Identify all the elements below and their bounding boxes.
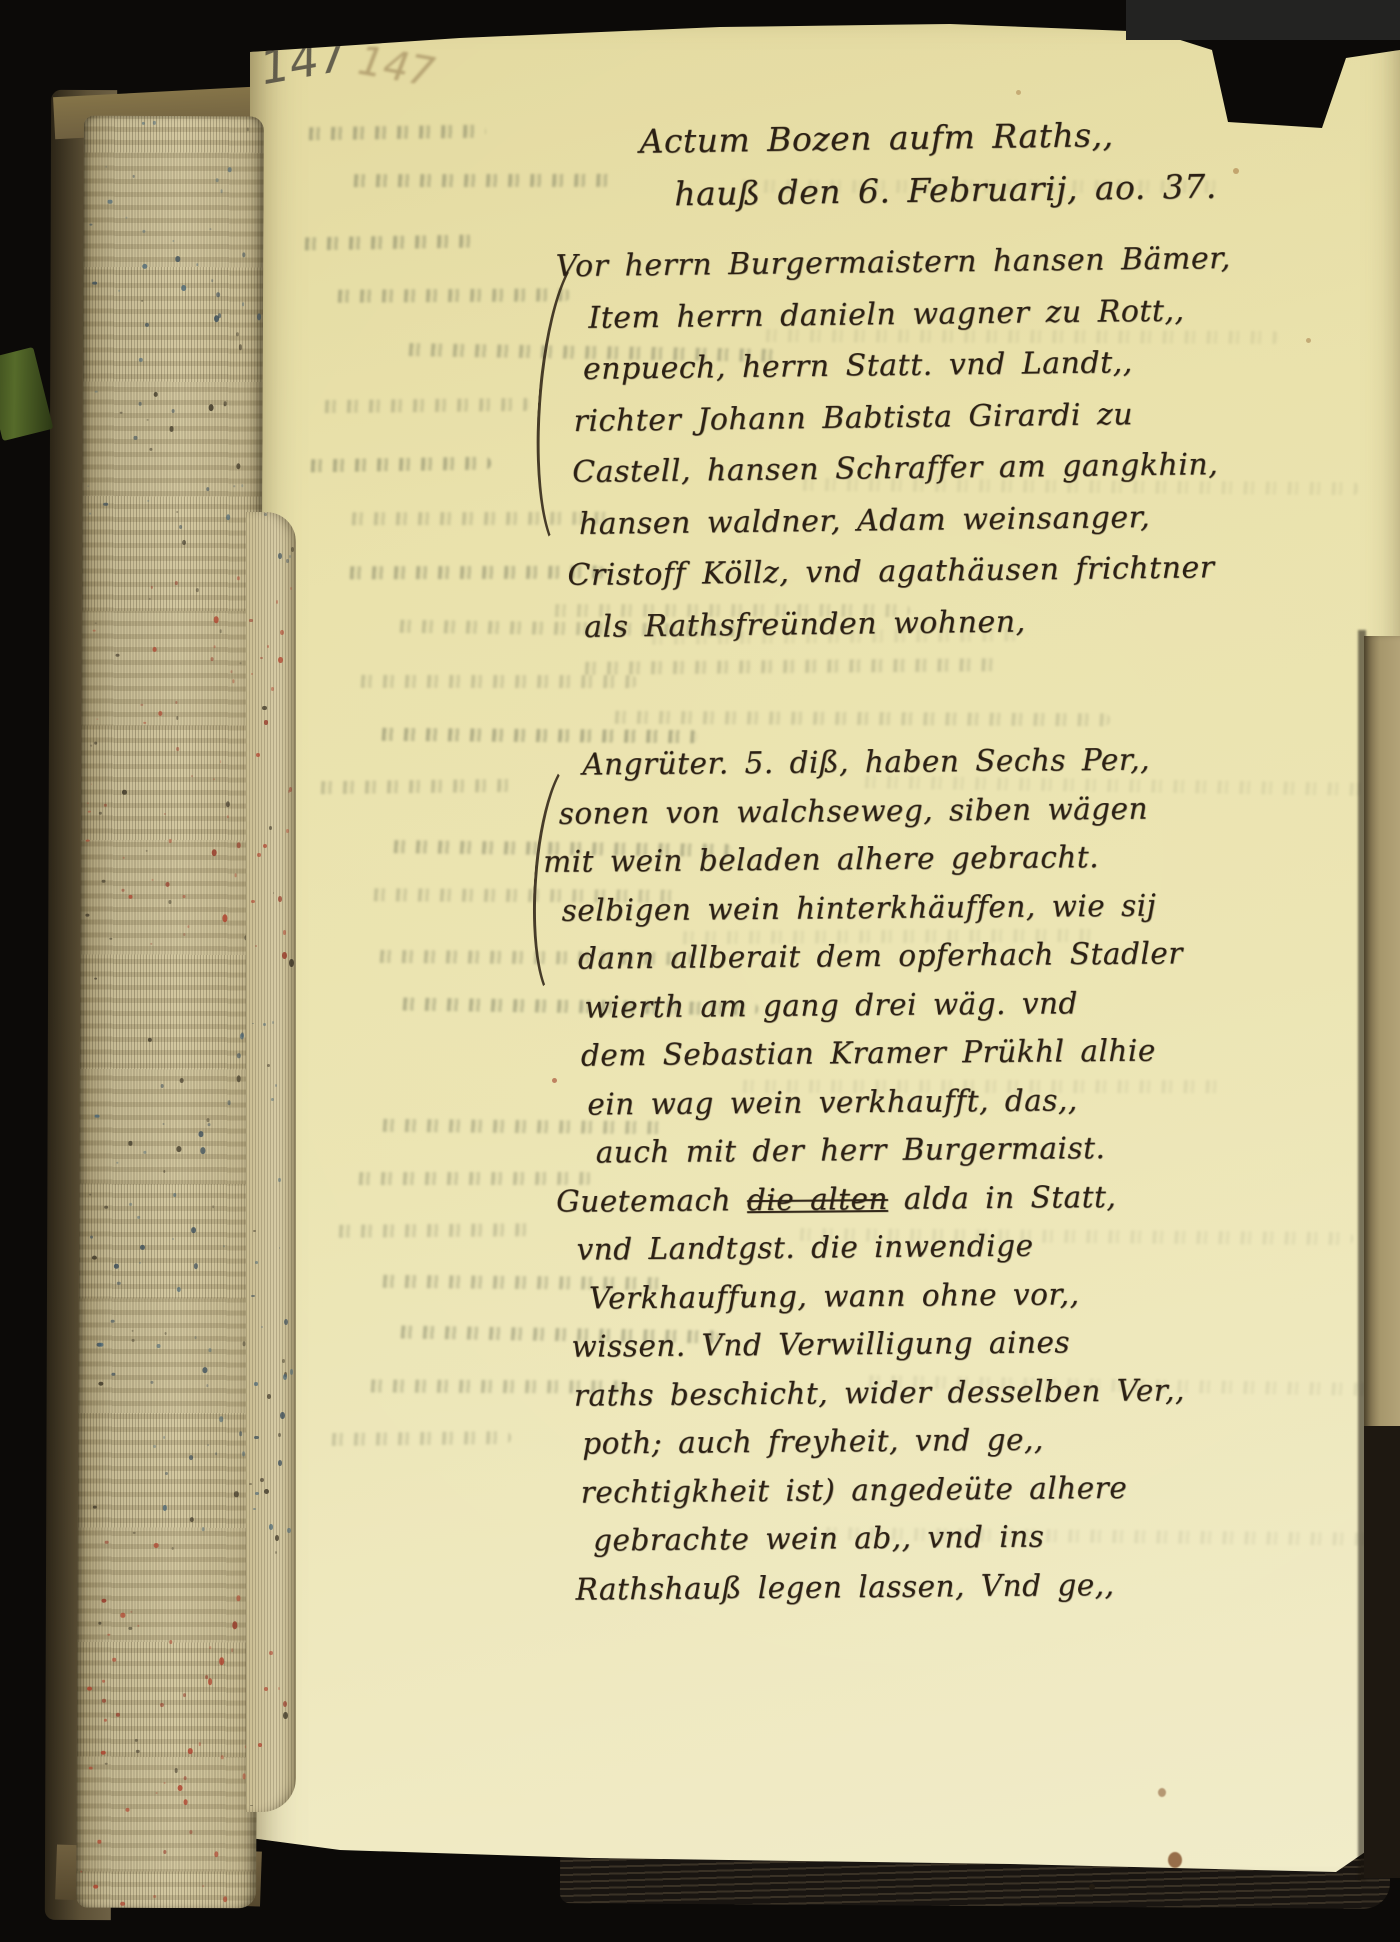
fox-spot	[1306, 338, 1311, 343]
text-line: als Rathsfreünden wohnen,	[584, 601, 1236, 660]
text-segment: Guetemach	[556, 1183, 747, 1219]
fore-edge-speckles	[76, 116, 264, 1909]
ink-stain	[1168, 1852, 1182, 1868]
heading-line: hauß den 6. Februarij, ao. 37.	[674, 167, 1217, 228]
text-line: wierth am gang drei wäg. vnd	[584, 985, 1183, 1039]
heading-line: Actum Bozen aufm Raths,,	[639, 114, 1216, 175]
text-line: Cristoff Köllz, vnd agathäusen frichtner	[567, 550, 1235, 610]
text-line: enpuech, herrn Statt. vnd Landt,,	[583, 344, 1233, 403]
ink-stain	[1158, 1788, 1166, 1797]
attendance-paragraph: Vor herrn Burgermaistern hansen Bämer, I…	[570, 241, 1236, 661]
background-panel	[1126, 0, 1400, 40]
text-line: vnd Landtgst. die inwendige	[576, 1227, 1185, 1281]
entry-heading: Actum Bozen aufm Raths,, hauß den 6. Feb…	[601, 114, 1217, 229]
book-edge-right-dark	[1364, 1426, 1400, 1878]
text-line: Item herrn danieln wagner zu Rott,,	[588, 292, 1232, 351]
entry-paragraph: Angrüter. 5. diß, haben Sechs Per,, sone…	[568, 742, 1188, 1620]
text-line: Castell, hansen Schraffer am gangkhin,	[572, 447, 1234, 507]
text-line: mit wein beladen alhere gebracht.	[543, 839, 1182, 893]
fox-spot	[1233, 168, 1239, 174]
text-line: raths beschicht, wider desselben Ver,,	[574, 1373, 1187, 1427]
text-line: hansen waldner, Adam weinsanger,	[579, 498, 1235, 557]
text-line: Vor herrn Burgermaistern hansen Bämer,	[556, 241, 1232, 301]
book-edge-right-tan	[1364, 636, 1400, 1436]
text-line: rechtigkheit ist) angedeüte alhere	[581, 1470, 1188, 1524]
text-line: auch mit der herr Burgermaist.	[596, 1130, 1185, 1184]
struck-words: die alten	[747, 1181, 888, 1216]
text-line: poth; auch freyheit, vnd ge,,	[582, 1421, 1187, 1475]
text-line: dem Sebastian Kramer Prükhl alhie	[581, 1033, 1184, 1087]
text-line: ein wag wein verkhaufft, das,,	[587, 1082, 1184, 1136]
text-line-with-strikethrough: Guetemach die alten alda in Statt,	[556, 1179, 1185, 1233]
text-line: Angrüter. 5. diß, haben Sechs Per,,	[582, 742, 1181, 796]
manuscript-photo: 147 147 Actum Bozen aufm Raths,, hauß de…	[0, 0, 1400, 1942]
fore-edge-bulge	[246, 512, 296, 1812]
text-line: sonen von walchseweg, siben wägen	[559, 791, 1182, 845]
text-segment: alda in Statt,	[888, 1179, 1117, 1215]
text-line: Rathshauß legen lassen, Vnd ge,,	[575, 1567, 1188, 1621]
fox-spot	[552, 1078, 557, 1083]
bookmark-ribbon	[0, 347, 53, 441]
text-line: dann allberait dem opferhach Stadler	[578, 936, 1183, 990]
fox-spot	[1016, 90, 1021, 95]
text-line: selbigen wein hinterkhäuffen, wie sij	[561, 888, 1182, 942]
manuscript-page: 147 147 Actum Bozen aufm Raths,, hauß de…	[250, 0, 1400, 1900]
text-line: Verkhauffung, wann ohne vor,,	[589, 1276, 1186, 1330]
text-line: gebrachte wein ab,, vnd ins	[593, 1518, 1188, 1572]
text-line: wissen. Vnd Verwilligung aines	[571, 1324, 1186, 1378]
ink-speck	[1089, 1884, 1095, 1890]
text-line: richter Johann Babtista Girardi zu	[573, 395, 1233, 455]
